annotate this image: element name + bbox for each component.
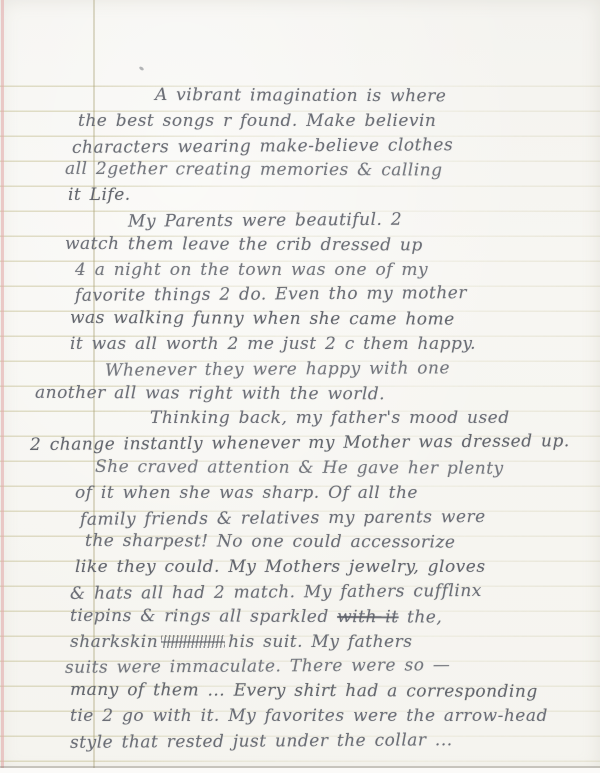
handwriting-text: like they could. My Mothers jewelry, glo… [75,557,486,577]
handwriting-text: the sharpest! No one could accessorize [85,531,456,553]
handwriting-text: watch them leave the crib dressed up [65,234,423,256]
handwriting-line: family friends & relatives my parents we… [80,504,594,532]
handwriting-line: characters wearing make-believe clothes [72,132,594,160]
handwriting-text: tie 2 go with it. My favorites were the … [70,706,548,726]
handwriting-text: Thinking back, my father's mood used [150,408,510,428]
handwriting-text: 4 a night on the town was one of my [75,260,428,280]
handwriting-line: all 2gether creating memories & calling [65,157,594,184]
handwriting-line: another all was right with the world. [35,380,594,407]
handwriting-line: of it when she was sharp. Of all the [75,481,594,506]
handwriting-line: it Life. [68,183,594,208]
handwriting-text: many of them ... Every shirt had a corre… [70,680,538,702]
page-bottom-strip [0,768,600,773]
handwriting-text: of it when she was sharp. Of all the [75,483,418,503]
handwriting-text: sharkskin [70,632,158,652]
handwriting-line: tiepins & rings all sparkled with it the… [70,604,594,631]
handwriting-line: it was all worth 2 me just 2 c them happ… [70,332,594,357]
scribbled-out-word [161,635,225,648]
handwriting-line: watch them leave the crib dressed up [65,232,594,259]
handwriting-text: 2 change instantly whenever my Mother wa… [30,431,570,455]
handwriting-text: & hats all had 2 match. My fathers cuffl… [70,581,482,604]
handwriting-line: My Parents were beautiful. 2 [128,206,594,234]
handwriting-text: My Parents were beautiful. 2 [128,210,402,232]
handwriting-text: characters wearing make-believe clothes [72,135,453,158]
handwriting-line: 2 change instantly whenever my Mother wa… [30,429,594,458]
handwriting-line: tie 2 go with it. My favorites were the … [70,704,594,729]
left-edge-pink-line [1,0,4,773]
handwriting-text: his suit. My fathers [228,632,412,652]
handwriting-line: like they could. My Mothers jewelry, glo… [75,555,594,580]
handwriting-text: the, [399,607,443,627]
handwriting-line: style that rested just under the collar … [70,727,594,755]
handwriting-text: favorite things 2 do. Even tho my mother [75,283,467,306]
handwriting-line: sharkskinhis suit. My fathers [70,630,594,655]
handwriting-line: Whenever they were happy with one [105,355,594,383]
handwriting-line: A vibrant imagination is where [155,83,594,110]
handwriting-line: Thinking back, my father's mood used [150,406,594,431]
handwriting-line: favorite things 2 do. Even tho my mother [75,281,594,309]
handwriting-line: She craved attention & He gave her plent… [95,455,594,482]
handwriting-text: A vibrant imagination is where [155,85,446,106]
handwriting-lines: A vibrant imagination is wherethe best s… [60,84,594,754]
handwriting-text: style that rested just under the collar … [70,730,453,753]
handwriting-line: & hats all had 2 match. My fathers cuffl… [70,578,594,606]
handwriting-text: family friends & relatives my parents we… [80,507,486,530]
handwriting-line: the best songs r found. Make believin [78,109,594,134]
handwriting-line: suits were immaculate. There were so — [65,652,594,680]
handwriting-text: was walking funny when she came home [70,308,455,330]
handwriting-line: the sharpest! No one could accessorize [85,529,594,556]
handwriting-line: 4 a night on the town was one of my [75,258,594,283]
handwriting-text: the best songs r found. Make believin [78,111,436,131]
handwriting-text: it Life. [68,185,131,205]
handwriting-line: many of them ... Every shirt had a corre… [70,678,594,705]
handwriting-text: She craved attention & He gave her plent… [95,457,504,479]
handwriting-line: was walking funny when she came home [70,306,594,333]
handwriting-text: another all was right with the world. [35,382,385,404]
handwriting-text: suits were immaculate. There were so — [65,655,450,678]
handwriting-text: Whenever they were happy with one [105,358,450,380]
handwriting-text: all 2gether creating memories & calling [65,159,443,181]
notebook-page: A vibrant imagination is wherethe best s… [0,0,600,773]
struck-through-text: with it [337,607,399,627]
handwriting-text: tiepins & rings all sparkled [70,606,337,627]
handwriting-text: it was all worth 2 me just 2 c them happ… [70,334,476,354]
